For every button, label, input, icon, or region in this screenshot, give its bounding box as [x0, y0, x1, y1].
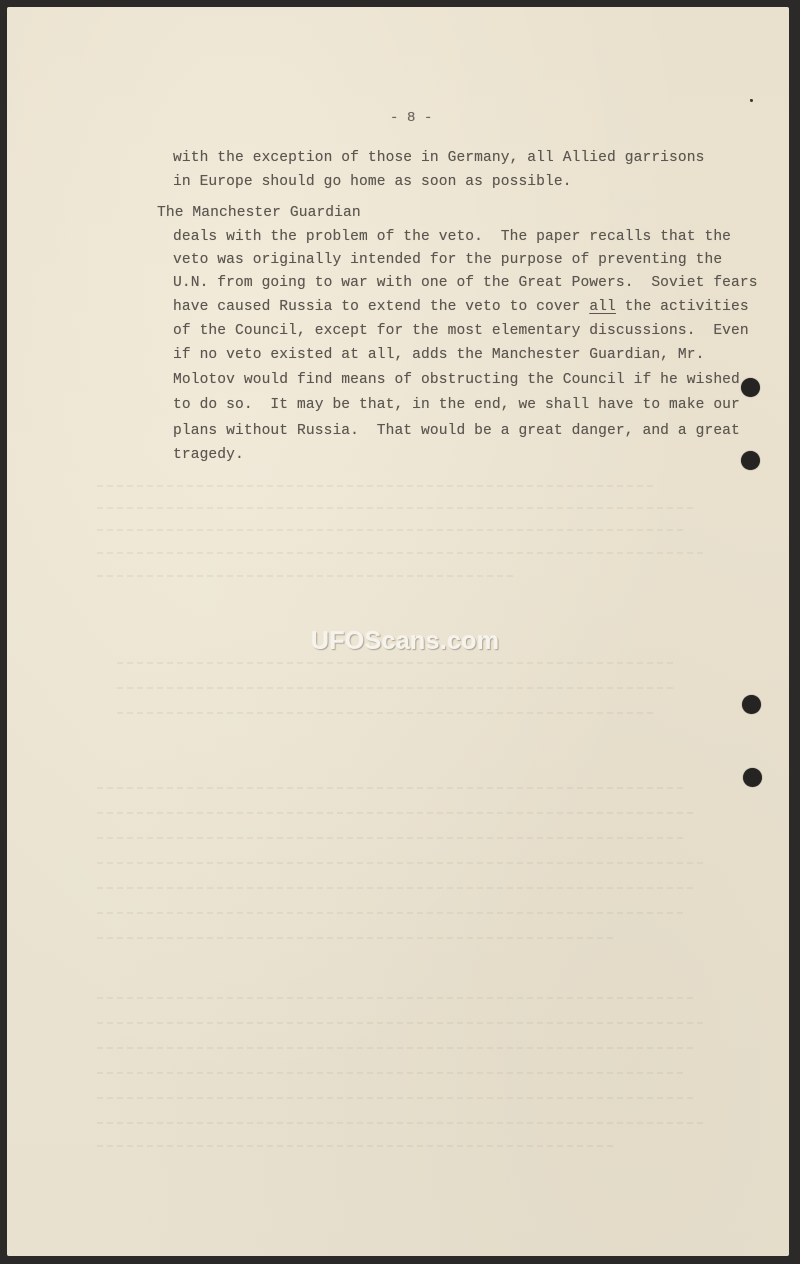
page-number: - 8 - — [390, 108, 433, 128]
body-line: veto was originally intended for the pur… — [173, 250, 722, 270]
bleed-through-texture — [97, 1022, 707, 1024]
section-heading: The Manchester Guardian — [157, 203, 361, 223]
bleed-through-texture — [97, 1145, 617, 1147]
bleed-through-texture — [117, 712, 657, 714]
body-line: have caused Russia to extend the veto to… — [173, 297, 749, 317]
body-line: U.N. from going to war with one of the G… — [173, 273, 758, 293]
bleed-through-texture — [97, 485, 657, 487]
punch-hole — [741, 378, 760, 397]
bleed-through-texture — [97, 887, 697, 889]
punch-hole — [743, 768, 762, 787]
bleed-through-texture — [97, 529, 687, 531]
body-line: Molotov would find means of obstructing … — [173, 370, 740, 390]
body-text: the activities — [616, 299, 749, 315]
bleed-through-texture — [97, 812, 697, 814]
bleed-through-texture — [97, 937, 617, 939]
bleed-through-texture — [97, 1047, 697, 1049]
bleed-through-texture — [97, 552, 707, 554]
body-line: deals with the problem of the veto. The … — [173, 227, 731, 247]
bleed-through-texture — [97, 862, 707, 864]
bleed-through-texture — [117, 687, 677, 689]
punch-hole — [742, 695, 761, 714]
body-line: plans without Russia. That would be a gr… — [173, 421, 740, 441]
bleed-through-texture — [97, 787, 687, 789]
bleed-through-texture — [97, 507, 697, 509]
continuation-line-2: in Europe should go home as soon as poss… — [173, 172, 572, 192]
bleed-through-texture — [97, 1072, 687, 1074]
body-text: have caused Russia to extend the veto to… — [173, 299, 589, 315]
bleed-through-texture — [97, 912, 687, 914]
bleed-through-texture — [97, 575, 517, 577]
body-line: to do so. It may be that, in the end, we… — [173, 395, 740, 415]
continuation-line-1: with the exception of those in Germany, … — [173, 148, 704, 168]
body-line: of the Council, except for the most elem… — [173, 321, 749, 341]
body-line: tragedy. — [173, 445, 244, 465]
bleed-through-texture — [97, 837, 687, 839]
bleed-through-texture — [97, 1122, 707, 1124]
watermark: UFOScans.com — [311, 627, 499, 656]
bleed-through-texture — [117, 662, 677, 664]
body-line: if no veto existed at all, adds the Manc… — [173, 345, 704, 365]
punch-hole — [741, 451, 760, 470]
underlined-word: all — [589, 299, 616, 315]
bleed-through-texture — [97, 997, 697, 999]
paper-speck — [750, 99, 752, 101]
document-page: - 8 - with the exception of those in Ger… — [7, 7, 789, 1256]
bleed-through-texture — [97, 1097, 697, 1099]
